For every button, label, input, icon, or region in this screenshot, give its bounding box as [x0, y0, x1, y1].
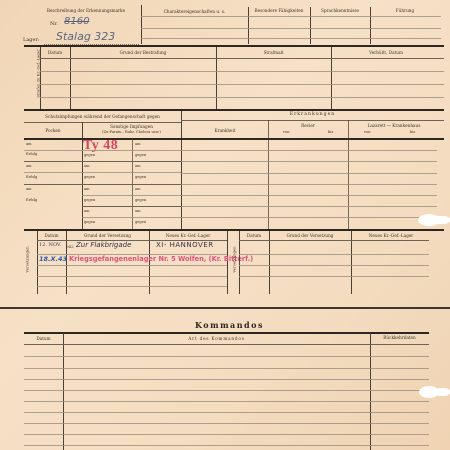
sonstige-am-2b: am	[135, 164, 141, 168]
rule	[24, 45, 444, 47]
rule	[239, 276, 429, 277]
rule	[181, 161, 437, 162]
pocken-am-2: am	[26, 164, 32, 168]
divider	[268, 120, 269, 229]
lazarett-von: von	[364, 130, 371, 134]
pow-record-card: Beschreibung der Erkennungsmarke Nr. 816…	[0, 0, 450, 450]
col-sprachkenntnisse: Sprachkenntnisse	[310, 8, 370, 13]
nr-value: 8160	[64, 16, 89, 27]
divider	[70, 47, 71, 109]
rule	[24, 434, 429, 435]
erkennungsmarke-label: Beschreibung der Erkennungsmarke	[36, 8, 136, 13]
rule	[37, 286, 227, 287]
rule	[40, 84, 444, 85]
col-sonstige: Sonstige Impfungen	[82, 124, 181, 129]
kommandos-title: Kommandos	[195, 320, 264, 330]
rule	[181, 195, 437, 196]
rule	[24, 184, 181, 185]
col-pocken: Pocken	[24, 128, 82, 133]
divider	[370, 333, 371, 450]
col-lazarett: Lazarett — Krankenhaus	[348, 123, 440, 128]
rule	[24, 445, 429, 446]
nr-label: Nr.	[50, 21, 58, 27]
lager-label: Lager:	[23, 37, 40, 43]
divider	[348, 120, 349, 229]
pocken-erfolg-2: Erfolg	[26, 175, 37, 179]
sonstige-gegen-3b: gegen	[135, 198, 146, 202]
kommandos-col-rueckkehr: Rückkehrdaten	[370, 335, 429, 340]
divider	[331, 47, 332, 109]
fold-line	[0, 307, 450, 309]
rule	[24, 368, 429, 369]
vl-col-datum: Datum	[37, 233, 66, 238]
sonstige-am-3b: am	[135, 187, 141, 191]
rule	[239, 265, 429, 266]
rule	[239, 240, 429, 241]
lager-value: Stalag 323	[56, 30, 115, 43]
vl-col-grund: Grund der Versetzung	[66, 233, 149, 238]
sonstige-gegen-4b: gegen	[135, 220, 146, 224]
kriegsgefangenenlager-stamp: Kriegsgefangenenlager Nr. 5 Wolfen, (Kr.…	[69, 255, 253, 263]
rule	[24, 172, 181, 173]
versetzungen-left-side-label: Versetzungen	[25, 240, 30, 280]
vl-col-lager: Neues Kr.-Gef.-Lager	[149, 233, 227, 238]
col-krankheit: Krankheit	[181, 128, 269, 133]
revier-von: von	[283, 130, 290, 134]
col-besondere-faehigkeiten: Besondere Fähigkeiten	[248, 8, 310, 13]
strafen-col-datum: Datum	[40, 50, 70, 55]
versetzung-reason: Zur Flakbrigade	[76, 241, 131, 249]
vr-col-grund: Grund der Versetzung	[269, 233, 351, 238]
pocken-erfolg-3: Erfolg	[26, 198, 37, 202]
rule	[24, 332, 429, 334]
lazarett-bis: bis	[410, 130, 415, 134]
rule	[24, 390, 429, 391]
strafen-col-grund: Grund der Bestrafung	[70, 50, 216, 55]
rule	[40, 58, 444, 59]
rule	[181, 184, 437, 185]
divider	[40, 47, 41, 109]
punch-hole	[434, 388, 450, 396]
versetzungen-right-side-label: Versetzungen	[232, 240, 237, 280]
kommandos-col-datum: Datum	[24, 336, 63, 341]
strafen-col-strafmass: Strafmaß	[216, 50, 331, 55]
erkrankungen-title: Erkrankungen	[181, 112, 444, 117]
sonstige-am-4b: am	[135, 209, 141, 213]
divider	[216, 47, 217, 109]
rule	[181, 120, 444, 121]
rule	[24, 356, 429, 357]
vr-col-datum: Datum	[239, 233, 269, 238]
sonstige-gegen-4a: gegen	[84, 220, 95, 224]
rule	[82, 206, 181, 207]
sonstige-gegen-2b: gegen	[135, 175, 146, 179]
pocken-erfolg-1: Erfolg	[26, 152, 37, 156]
versetzung-lager: XI- HANNOVER	[156, 241, 214, 249]
rule	[141, 16, 441, 17]
rule	[24, 122, 181, 123]
pocken-am-1: am	[26, 142, 32, 146]
rule	[82, 195, 181, 196]
rule	[24, 401, 429, 402]
sonstige-gegen-2a: gegen	[84, 175, 95, 179]
rule	[181, 217, 437, 218]
rule	[24, 109, 444, 111]
schutzimpfungen-title: Schutzimpfungen während der Gefangenscha…	[24, 114, 181, 119]
rule	[24, 229, 444, 231]
divider	[63, 333, 64, 450]
punch-hole	[432, 216, 450, 224]
rule	[24, 344, 429, 345]
col-sonstige-sub: (Zu-Paratu., Ruhr, Cholera usw.)	[82, 130, 181, 134]
col-charaktereigenschaften: Charaktereigenschaften u. s.	[142, 9, 247, 14]
revier-bis: bis	[328, 130, 333, 134]
rule	[24, 161, 181, 162]
rule	[24, 423, 429, 424]
rule	[141, 38, 441, 39]
kommandos-col-art: Art des Kommandos	[63, 336, 370, 341]
versetzung-date-2: 18.X.43	[39, 255, 67, 263]
sonstige-am-1b: am	[135, 142, 141, 146]
col-fuehrung: Führung	[370, 8, 440, 13]
typhus-stamp: Ty 48	[83, 138, 118, 154]
sonstige-am-2a: am	[84, 164, 90, 168]
rule	[37, 276, 227, 277]
sonstige-gegen-1b: gegen	[135, 153, 146, 157]
rule	[24, 412, 429, 413]
rule	[181, 173, 437, 174]
rule	[239, 254, 429, 255]
rule	[141, 28, 441, 29]
sonstige-am-3a: am	[84, 187, 90, 191]
rule	[40, 97, 444, 98]
versetzung-date-1: 12. NOV.	[39, 242, 61, 248]
pocken-am-3: am	[26, 187, 32, 191]
sonstige-gegen-3a: gegen	[84, 198, 95, 202]
col-revier: Revier	[268, 123, 348, 128]
rule	[37, 265, 227, 266]
rule	[24, 379, 429, 380]
rule	[181, 206, 437, 207]
rule	[40, 71, 444, 72]
vr-col-lager: Neues Kr.-Gef.-Lager	[351, 233, 431, 238]
rule	[82, 217, 181, 218]
versetzung-year-prefix: 942	[66, 244, 74, 249]
sonstige-am-4a: am	[84, 209, 90, 213]
rule	[181, 150, 437, 151]
strafen-col-verbuesst: Verbüßt, Datum	[331, 50, 441, 55]
